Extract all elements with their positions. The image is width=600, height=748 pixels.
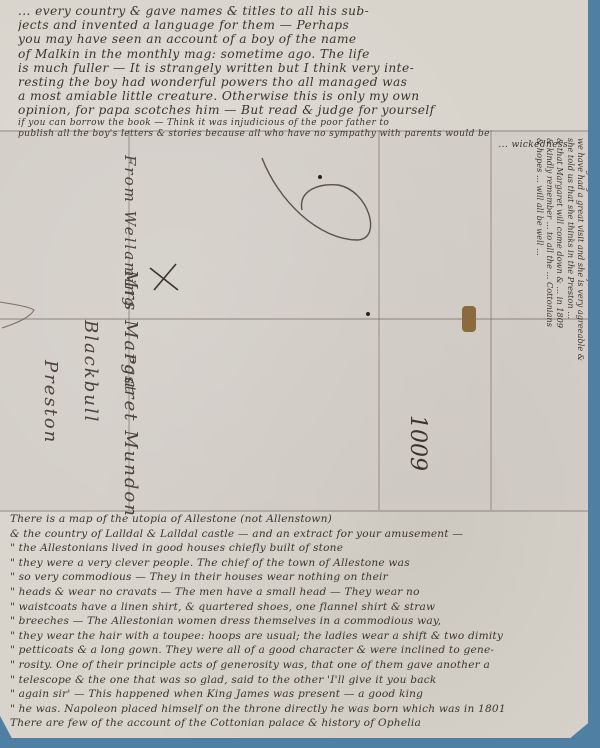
text-line: " heads & wear no cravats — The men have…	[10, 585, 582, 600]
text-line: she told us that she thinks in the Prest…	[565, 138, 575, 508]
address-line: Blackbull	[70, 270, 110, 518]
catalog-number: 1009	[405, 415, 430, 471]
text-line: " telescope & the one that was so glad, …	[10, 673, 582, 688]
text-line: " breeches — The Allestonian women dress…	[10, 614, 582, 629]
text-line: is much fuller — It is strangely written…	[18, 61, 578, 75]
text-line: & hopes ... will all be well ...	[535, 138, 545, 508]
text-line: ... wickedness	[18, 140, 578, 151]
paper-tear-icon	[0, 300, 36, 340]
text-line: jects and invented a language for them —…	[18, 18, 578, 32]
text-line: Mrs Keighley has been as a visit of two …	[586, 138, 596, 508]
letter-paper: ... every country & gave names & titles …	[0, 0, 588, 738]
address-line: Mrs Margaret Mundon	[110, 270, 150, 518]
text-line: " rosity. One of their principle acts of…	[10, 658, 582, 673]
text-line: " he was. Napoleon placed himself on the…	[10, 702, 582, 717]
text-line: you may have seen an account of a boy of…	[18, 32, 578, 46]
text-line: There are few of the account of the Cott…	[10, 716, 582, 731]
text-line: " petticoats & a long gown. They were al…	[10, 643, 582, 658]
wax-seal-remnant	[462, 306, 476, 332]
cross-written-side-text: Mrs Keighley has been as a visit of two …	[535, 138, 596, 508]
text-line: & the country of Lalldal & Lalldal castl…	[10, 527, 582, 542]
text-line: of Malkin in the monthly mag: sometime a…	[18, 47, 578, 61]
bottom-letter-text: There is a map of the utopia of Alleston…	[10, 512, 582, 731]
text-line: There is a map of the utopia of Alleston…	[10, 512, 582, 527]
ink-spot	[318, 175, 322, 179]
top-letter-text: ... every country & gave names & titles …	[18, 4, 578, 151]
text-line: " so very commodious — They in their hou…	[10, 570, 582, 585]
text-line: if you can borrow the book — Think it wa…	[18, 118, 578, 129]
postal-oval-mark-icon	[258, 150, 378, 250]
text-line: ... every country & gave names & titles …	[18, 4, 578, 18]
text-line: " waistcoats have a linen shirt, & quart…	[10, 600, 582, 615]
text-line: a most amiable little creature. Otherwis…	[18, 89, 578, 103]
recipient-address: Mrs Margaret Mundon Blackbull Preston	[30, 270, 150, 518]
fold-line-side	[490, 130, 492, 510]
text-line: we have had a great visit and she is ver…	[576, 138, 586, 508]
text-line: publish all the boy's letters & stories …	[18, 129, 578, 140]
cross-mark-icon	[148, 262, 180, 294]
address-line: Preston	[30, 270, 70, 518]
text-line: " again sir' — This happened when King J…	[10, 687, 582, 702]
text-line: & that Margaret will come down & ... in …	[555, 138, 565, 508]
text-line: opinion, for papa scotches him — But rea…	[18, 103, 578, 117]
text-line: & kindly remember ... to all the ... Cot…	[545, 138, 555, 508]
text-line: resting the boy had wonderful powers tho…	[18, 75, 578, 89]
text-line: " they wear the hair with a toupee: hoop…	[10, 629, 582, 644]
ink-spot	[366, 312, 370, 316]
text-line: " the Allestonians lived in good houses …	[10, 541, 582, 556]
text-line: " they were a very clever people. The ch…	[10, 556, 582, 571]
fold-line-right	[378, 130, 380, 510]
